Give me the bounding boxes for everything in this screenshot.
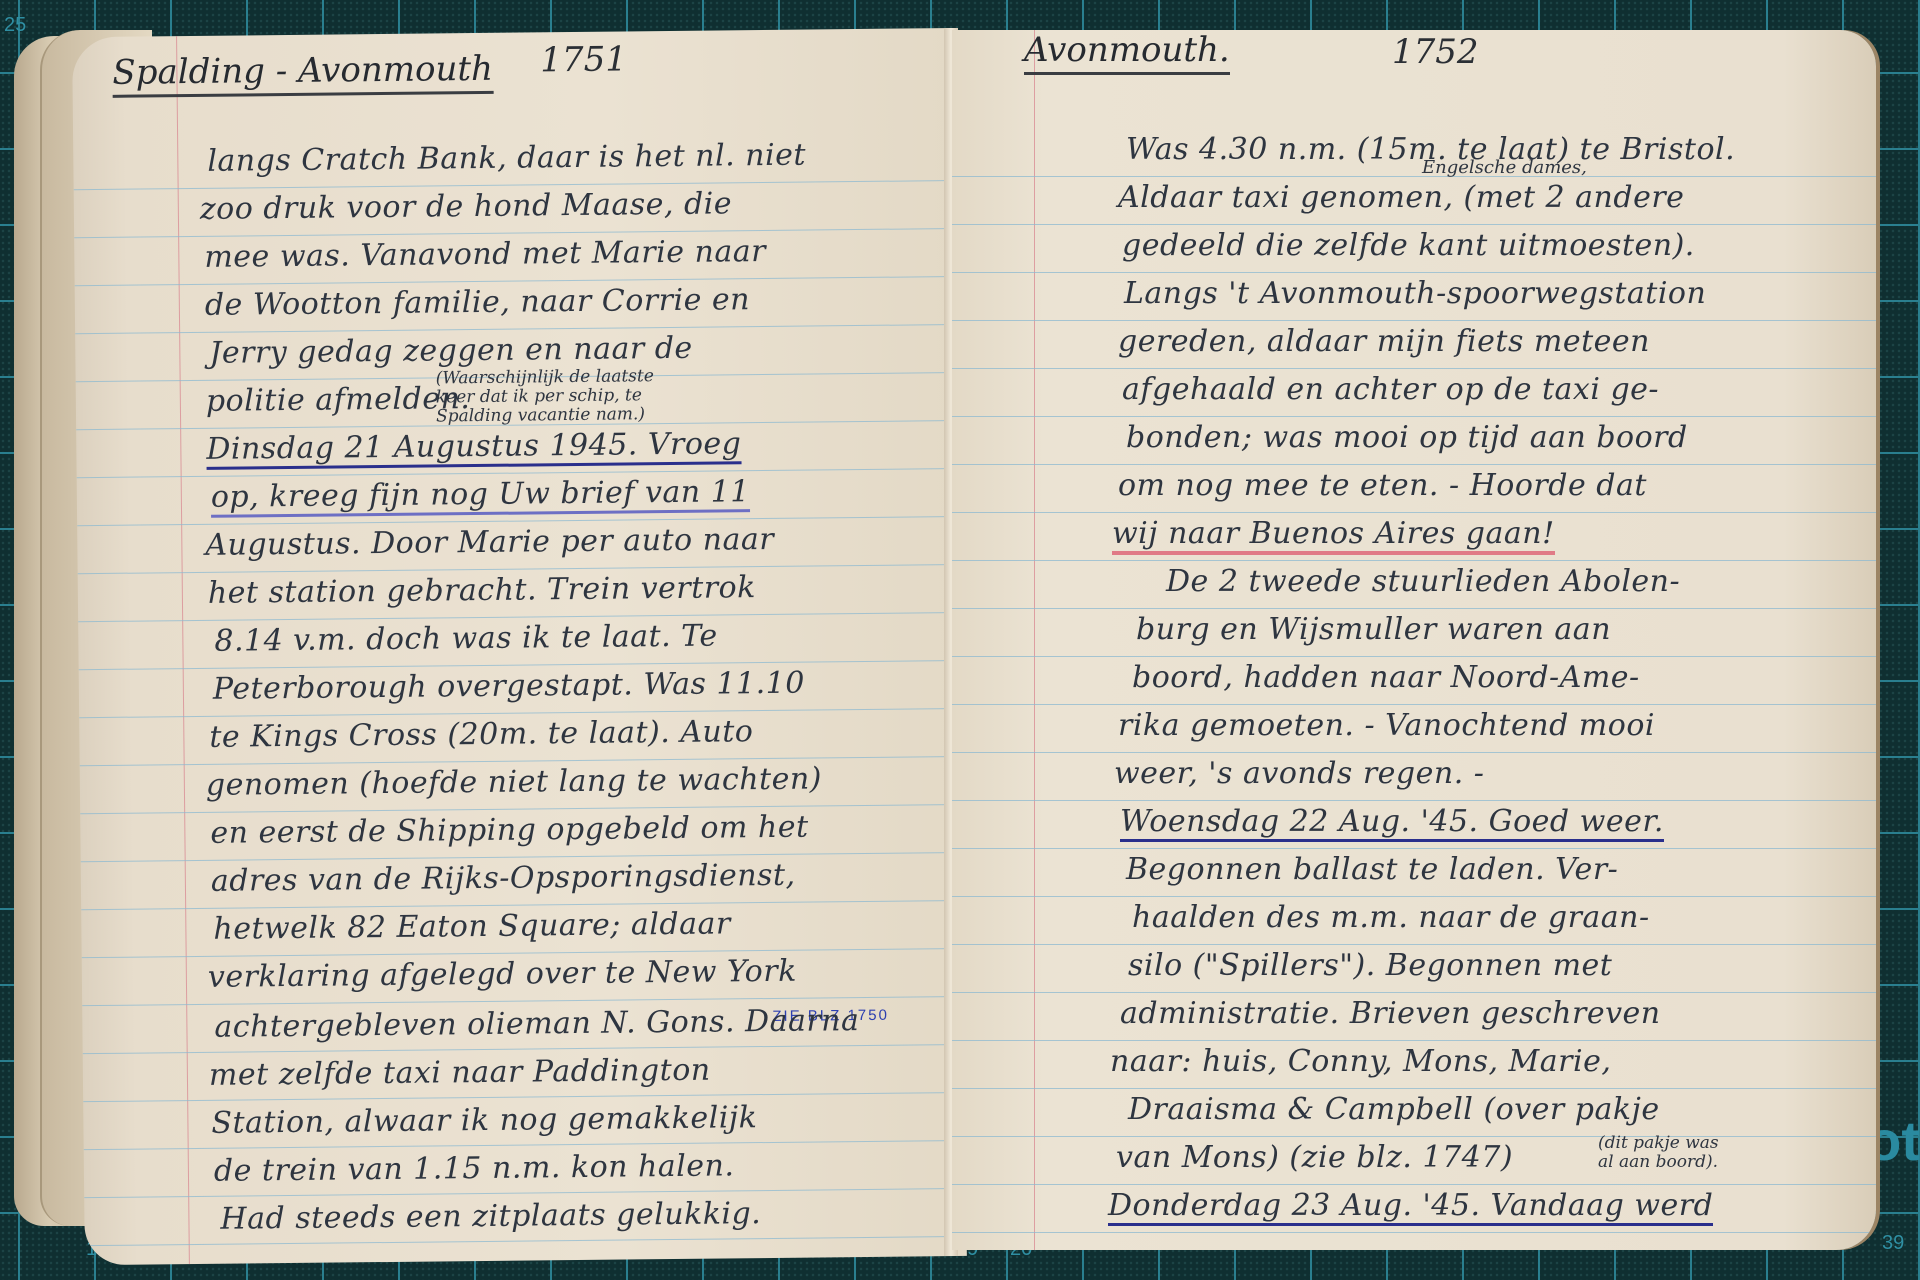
diary-line: naar: huis, Conny, Mons, Marie, [1110, 1044, 1611, 1079]
page-number: 1751 [540, 39, 627, 80]
diary-line: Peterborough overgestapt. Was 11.10 [213, 666, 805, 707]
diary-line: politie afmelden. [206, 381, 471, 419]
diary-line: afgehaald en achter op de taxi ge- [1122, 372, 1659, 407]
date-heading-text: Dinsdag 21 Augustus 1945. Vroeg [206, 426, 741, 470]
ruled-line [952, 944, 1876, 945]
ruled-line [952, 320, 1876, 321]
diary-line: 8.14 v.m. doch was ik te laat. Te [214, 619, 718, 659]
diary-line: Draaisma & Campbell (over pakje [1128, 1092, 1660, 1127]
diary-line: de trein van 1.15 n.m. kon halen. [214, 1148, 735, 1188]
diary-line: achtergebleven olieman N. Gons. Daarna [214, 1003, 859, 1045]
ruled-line [952, 848, 1876, 849]
diary-line: met zelfde taxi naar Paddington [209, 1053, 711, 1093]
diary-date-heading: Donderdag 23 Aug. '45. Vandaag werd [1108, 1188, 1713, 1223]
margin-line [176, 36, 190, 1264]
ruled-line [952, 176, 1876, 177]
diary-line: hetwelk 82 Eaton Square; aldaar [213, 906, 731, 946]
page-header-title: Avonmouth. [1024, 30, 1230, 75]
diary-line: burg en Wijsmuller waren aan [1136, 612, 1611, 647]
side-note-line: al aan boord). [1598, 1153, 1719, 1172]
diary-line: bonden; was mooi op tijd aan boord [1126, 420, 1688, 455]
page-header-title: Spalding - Avonmouth [112, 49, 493, 98]
side-note: (dit pakje was al aan boord). [1598, 1134, 1719, 1172]
notebook-right-page: Avonmouth. 1752 Was 4.30 n.m. (15m. te l… [952, 30, 1876, 1250]
ruled-line [952, 656, 1876, 657]
notebook-left-page: Spalding - Avonmouth 1751 langs Cratch B… [72, 28, 967, 1265]
ruled-line [85, 1236, 967, 1246]
diary-line: De 2 tweede stuurlieden Abolen- [1166, 564, 1680, 599]
ruled-line [952, 1088, 1876, 1089]
ruled-line [952, 1136, 1876, 1137]
diary-date-heading: Woensdag 22 Aug. '45. Goed weer. [1120, 804, 1664, 839]
diary-line: boord, hadden naar Noord-Ame- [1132, 660, 1640, 695]
ruled-line [952, 752, 1876, 753]
page-number: 1752 [1392, 32, 1479, 72]
diary-line: gereden, aldaar mijn fiets meteen [1118, 324, 1650, 359]
diary-line: te Kings Cross (20m. te laat). Auto [209, 714, 753, 755]
ruled-line [952, 896, 1876, 897]
diary-line: langs Cratch Bank, daar is het nl. niet [207, 138, 806, 179]
margin-line [1034, 30, 1035, 1250]
interlinear-note: Engelsche dames, [1422, 158, 1587, 177]
diary-line: zoo druk voor de hond Maase, die [200, 186, 733, 227]
diary-line: adres van de Rijks-Opsporingsdienst, [211, 858, 796, 899]
diary-line: van Mons) (zie blz. 1747) [1116, 1140, 1513, 1175]
diary-line: genomen (hoefde niet lang te wachten) [206, 761, 822, 802]
diary-line: verklaring afgelegd over te New York [208, 954, 797, 995]
diary-line: Aldaar taxi genomen, (met 2 andere [1118, 180, 1684, 215]
diary-line: en eerst de Shipping opgebeld om het [210, 810, 809, 851]
mat-ruler-number: 39 [1882, 1232, 1904, 1255]
ruled-line [952, 704, 1876, 705]
ruled-line [952, 992, 1876, 993]
diary-line: op, kreeg fijn nog Uw brief van 11 [211, 474, 750, 515]
diary-line-text: op, kreeg fijn nog Uw brief van 11 [211, 474, 750, 518]
ruled-line [952, 512, 1876, 513]
diary-line: weer, 's avonds regen. - [1114, 756, 1484, 791]
ruled-line [952, 1232, 1876, 1233]
diary-line-text: wij naar Buenos Aires gaan! [1112, 516, 1555, 555]
side-note-line: (dit pakje was [1598, 1134, 1719, 1153]
mat-ruler-number: 25 [4, 14, 26, 37]
ruled-line [83, 1044, 965, 1054]
diary-line: gedeeld die zelfde kant uitmoesten). [1122, 228, 1695, 263]
ruled-line [952, 560, 1876, 561]
diary-line: Langs 't Avonmouth-spoorwegstation [1124, 276, 1706, 311]
diary-line: Jerry gedag zeggen en naar de [209, 331, 693, 371]
ruled-line [952, 1184, 1876, 1185]
diary-line: wij naar Buenos Aires gaan! [1112, 516, 1555, 551]
diary-date-heading: Dinsdag 21 Augustus 1945. Vroeg [206, 426, 741, 467]
date-heading-text: Woensdag 22 Aug. '45. Goed weer. [1120, 804, 1664, 842]
side-note-line: Spalding vacantie nam.) [436, 405, 654, 426]
diary-line: Begonnen ballast te laden. Ver- [1126, 852, 1618, 887]
diary-line: mee was. Vanavond met Marie naar [204, 234, 766, 275]
diary-line: silo ("Spillers"). Begonnen met [1128, 948, 1612, 983]
diary-line: administratie. Brieven geschreven [1120, 996, 1661, 1031]
ruled-line [952, 272, 1876, 273]
ruled-line [952, 1040, 1876, 1041]
diary-line: rika gemoeten. - Vanochtend mooi [1118, 708, 1655, 743]
side-note: (Waarschijnlijk de laatste keer dat ik p… [436, 367, 655, 426]
diary-line: haalden des m.m. naar de graan- [1132, 900, 1650, 935]
ruled-line [83, 1092, 965, 1102]
diary-line: om nog mee te eten. - Hoorde dat [1118, 468, 1647, 503]
ruled-line [952, 224, 1876, 225]
diary-line: Station, alwaar ik nog gemakkelijk [211, 1100, 757, 1141]
ruled-line [952, 464, 1876, 465]
diary-line: de Wootton familie, naar Corrie en [205, 282, 750, 323]
ruled-line [952, 416, 1876, 417]
diary-line: Had steeds een zitplaats gelukkig. [220, 1196, 761, 1237]
ruled-line [84, 1188, 966, 1198]
date-heading-text: Donderdag 23 Aug. '45. Vandaag werd [1108, 1188, 1713, 1226]
ruled-line [952, 368, 1876, 369]
ruled-line [952, 800, 1876, 801]
ruled-line [84, 1140, 966, 1150]
diary-line: Augustus. Door Marie per auto naar [205, 522, 774, 563]
ruled-line [952, 608, 1876, 609]
diary-line: het station gebracht. Trein vertrok [208, 570, 756, 611]
